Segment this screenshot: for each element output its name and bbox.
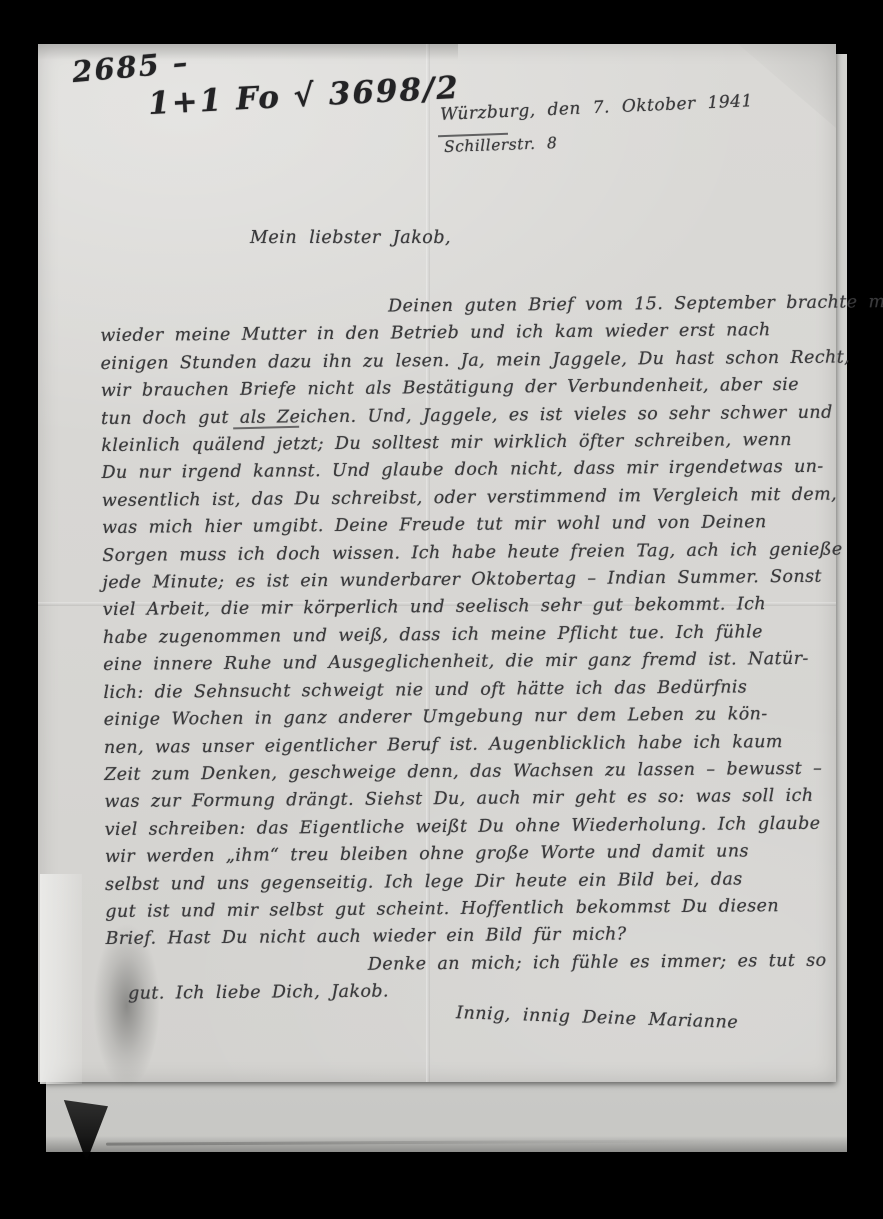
letter-closing-signature: Innig, innig Deine Marianne <box>456 1003 739 1033</box>
letter-place-date: Würzburg, den 7. Oktober 1941 <box>440 91 754 125</box>
letter-line: Deinen guten Brief vom 15. September bra… <box>388 290 822 321</box>
letter-line: Denke an mich; ich fühle es immer; es tu… <box>368 947 828 978</box>
letter-paper: 2685 – 1+1 Fo √ 3698/2 Würzburg, den 7. … <box>38 44 836 1082</box>
scan-stage: 2685 – 1+1 Fo √ 3698/2 Würzburg, den 7. … <box>0 0 883 1219</box>
torn-edge-highlight <box>40 874 82 1084</box>
top-right-corner-crease <box>738 44 836 128</box>
letter-address: Schillerstr. 8 <box>444 134 558 156</box>
archival-note-reference: 1+1 Fo √ 3698/2 <box>147 70 460 122</box>
letter-body: Deinen guten Brief vom 15. September bra… <box>100 290 828 1009</box>
letter-salutation: Mein liebster Jakob, <box>250 228 451 248</box>
